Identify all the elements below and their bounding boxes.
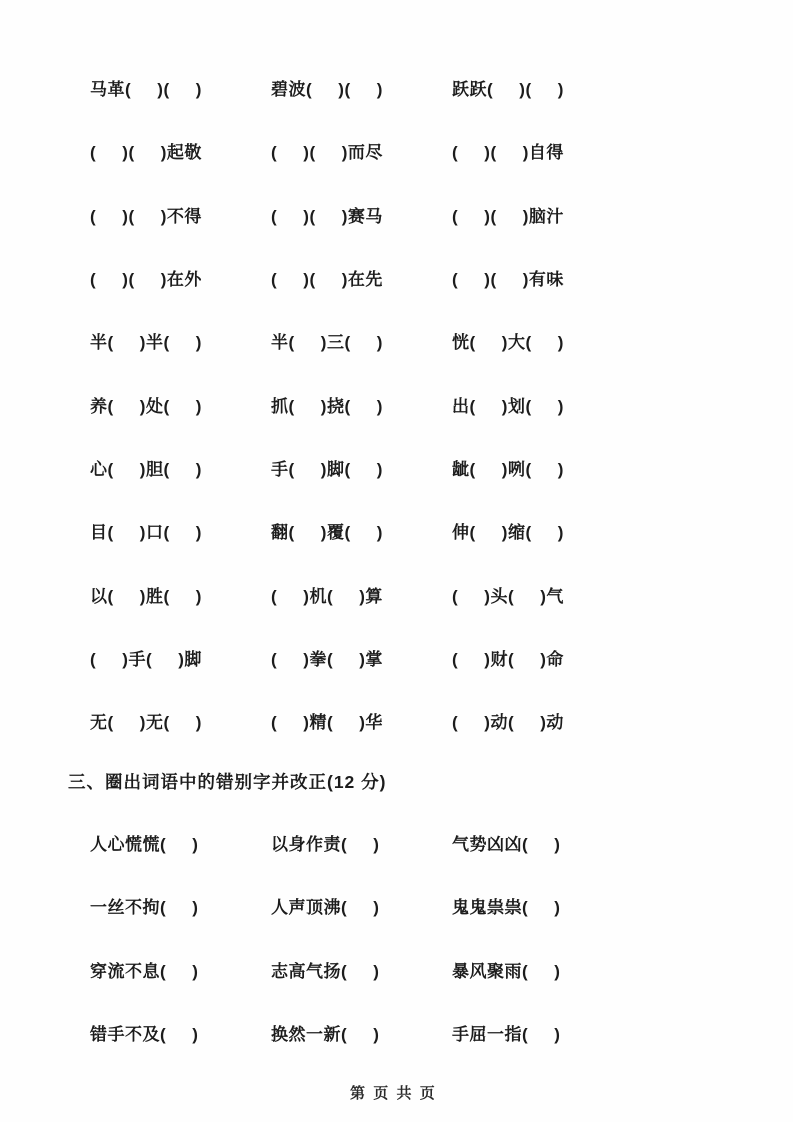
idiom-blank-item: ( )( )而尽 [271, 138, 452, 163]
worksheet-page: 马革( )( ) 碧波( )( ) 跃跃( )( ) ( )( )起敬 ( )(… [0, 0, 793, 1122]
typo-correction-section: 人心慌慌( ) 以身作责( ) 气势凶凶( ) 一丝不拘( ) 人声顶沸( ) … [90, 811, 773, 1064]
worksheet-row: ( )( )不得 ( )( )赛马 ( )( )脑汁 [90, 183, 773, 246]
idiom-blank-item: 以( )胜( ) [90, 582, 271, 607]
idiom-blank-item: ( )财( )命 [452, 645, 564, 670]
section-heading: 三、圈出词语中的错别字并改正(12 分) [68, 769, 386, 794]
idiom-blanks-section: 马革( )( ) 碧波( )( ) 跃跃( )( ) ( )( )起敬 ( )(… [90, 56, 773, 752]
idiom-blank-item: 无( )无( ) [90, 708, 271, 733]
idiom-blank-item: ( )头( )气 [452, 582, 564, 607]
idiom-blank-item: 跃跃( )( ) [452, 75, 564, 100]
idiom-blank-item: ( )( )在外 [90, 265, 271, 290]
idiom-blank-item: 翻( )覆( ) [271, 518, 452, 543]
idiom-blank-item: 恍( )大( ) [452, 328, 564, 353]
typo-word-item: 人心慌慌( ) [90, 830, 271, 855]
idiom-blank-item: ( )( )脑汁 [452, 202, 564, 227]
idiom-blank-item: 马革( )( ) [90, 75, 271, 100]
idiom-blank-item: 碧波( )( ) [271, 75, 452, 100]
idiom-blank-item: ( )( )自得 [452, 138, 564, 163]
idiom-blank-item: ( )机( )算 [271, 582, 452, 607]
typo-word-item: 换然一新( ) [271, 1020, 452, 1045]
idiom-blank-item: 目( )口( ) [90, 518, 271, 543]
idiom-blank-item: 龇( )咧( ) [452, 455, 564, 480]
idiom-blank-item: ( )精( )华 [271, 708, 452, 733]
idiom-blank-item: 出( )划( ) [452, 392, 564, 417]
idiom-blank-item: 心( )胆( ) [90, 455, 271, 480]
idiom-blank-item: ( )拳( )掌 [271, 645, 452, 670]
typo-word-item: 志高气扬( ) [271, 957, 452, 982]
page-footer: 第页共页 [0, 1082, 793, 1103]
idiom-blank-item: ( )( )在先 [271, 265, 452, 290]
worksheet-row: ( )手( )脚 ( )拳( )掌 ( )财( )命 [90, 626, 773, 689]
worksheet-row: ( )( )在外 ( )( )在先 ( )( )有味 [90, 246, 773, 309]
idiom-blank-item: 养( )处( ) [90, 392, 271, 417]
typo-word-item: 手屈一指( ) [452, 1020, 560, 1045]
idiom-blank-item: 伸( )缩( ) [452, 518, 564, 543]
worksheet-row: 目( )口( ) 翻( )覆( ) 伸( )缩( ) [90, 499, 773, 562]
worksheet-row: 穿流不息( ) 志高气扬( ) 暴风聚雨( ) [90, 938, 773, 1001]
idiom-blank-item: 半( )三( ) [271, 328, 452, 353]
worksheet-row: 一丝不拘( ) 人声顶沸( ) 鬼鬼祟祟( ) [90, 874, 773, 937]
typo-word-item: 暴风聚雨( ) [452, 957, 560, 982]
typo-word-item: 以身作责( ) [271, 830, 452, 855]
typo-word-item: 错手不及( ) [90, 1020, 271, 1045]
worksheet-row: 错手不及( ) 换然一新( ) 手屈一指( ) [90, 1001, 773, 1064]
worksheet-row: 以( )胜( ) ( )机( )算 ( )头( )气 [90, 562, 773, 625]
idiom-blank-item: ( )( )不得 [90, 202, 271, 227]
typo-word-item: 一丝不拘( ) [90, 893, 271, 918]
worksheet-row: ( )( )起敬 ( )( )而尽 ( )( )自得 [90, 119, 773, 182]
worksheet-row: 心( )胆( ) 手( )脚( ) 龇( )咧( ) [90, 436, 773, 499]
idiom-blank-item: ( )手( )脚 [90, 645, 271, 670]
worksheet-row: 马革( )( ) 碧波( )( ) 跃跃( )( ) [90, 56, 773, 119]
idiom-blank-item: ( )动( )动 [452, 708, 564, 733]
idiom-blank-item: ( )( )赛马 [271, 202, 452, 227]
worksheet-row: 人心慌慌( ) 以身作责( ) 气势凶凶( ) [90, 811, 773, 874]
idiom-blank-item: ( )( )有味 [452, 265, 564, 290]
typo-word-item: 鬼鬼祟祟( ) [452, 893, 560, 918]
idiom-blank-item: 手( )脚( ) [271, 455, 452, 480]
idiom-blank-item: 抓( )挠( ) [271, 392, 452, 417]
idiom-blank-item: 半( )半( ) [90, 328, 271, 353]
idiom-blank-item: ( )( )起敬 [90, 138, 271, 163]
typo-word-item: 气势凶凶( ) [452, 830, 560, 855]
typo-word-item: 穿流不息( ) [90, 957, 271, 982]
worksheet-row: 半( )半( ) 半( )三( ) 恍( )大( ) [90, 309, 773, 372]
worksheet-row: 无( )无( ) ( )精( )华 ( )动( )动 [90, 689, 773, 752]
worksheet-row: 养( )处( ) 抓( )挠( ) 出( )划( ) [90, 372, 773, 435]
typo-word-item: 人声顶沸( ) [271, 893, 452, 918]
